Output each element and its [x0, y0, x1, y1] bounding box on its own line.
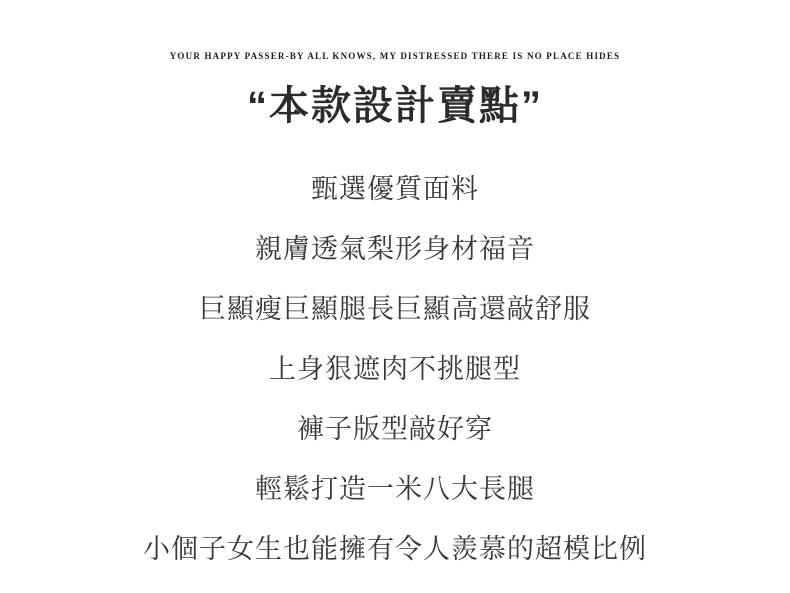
selling-point-2: 親膚透氣梨形身材福音 — [0, 235, 790, 263]
selling-point-6: 輕鬆打造一米八大長腿 — [0, 475, 790, 503]
product-description-page: YOUR HAPPY PASSER-BY ALL KNOWS, MY DISTR… — [0, 0, 790, 593]
selling-point-3: 巨顯瘦巨顯腿長巨顯高還敲舒服 — [0, 295, 790, 323]
selling-point-1: 甄選優質面料 — [0, 175, 790, 203]
page-title: “本款設計賣點” — [0, 84, 790, 128]
selling-point-5: 褲子版型敲好穿 — [0, 415, 790, 443]
selling-point-7: 小個子女生也能擁有令人羨慕的超模比例 — [0, 535, 790, 563]
selling-points-list: 甄選優質面料 親膚透氣梨形身材福音 巨顯瘦巨顯腿長巨顯高還敲舒服 上身狠遮肉不挑… — [0, 175, 790, 563]
tagline-text: YOUR HAPPY PASSER-BY ALL KNOWS, MY DISTR… — [0, 0, 790, 61]
selling-point-4: 上身狠遮肉不挑腿型 — [0, 355, 790, 383]
